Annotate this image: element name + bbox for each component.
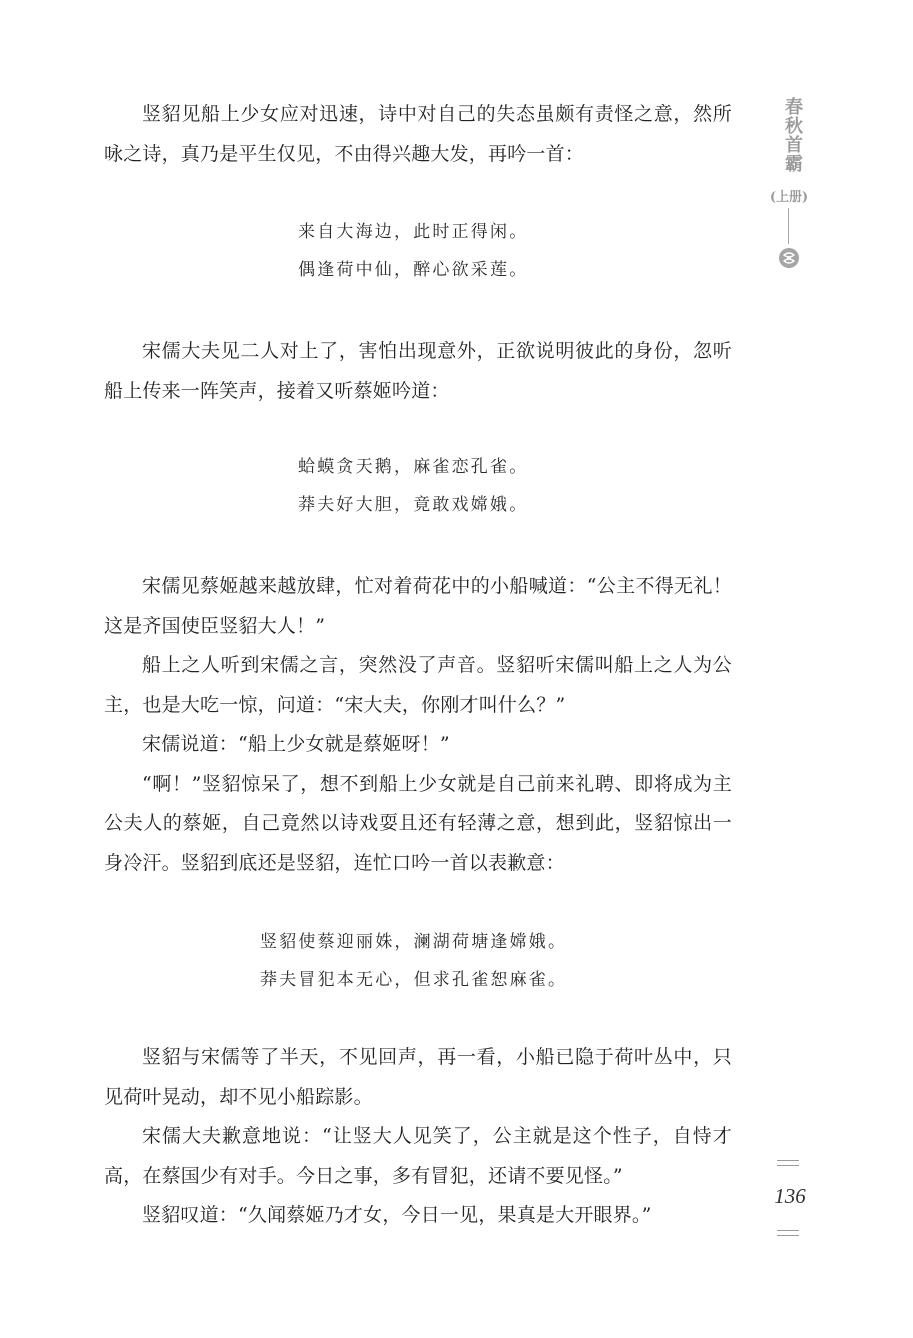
paragraph: 竖貂叹道：“久闻蔡姬乃才女，今日一见，果真是大开眼界。” bbox=[104, 1196, 732, 1236]
running-head-title: 春 秋 首 霸 bbox=[778, 98, 810, 174]
volume-label: (上册) bbox=[764, 186, 814, 205]
paragraph-block: 宋儒大夫见二人对上了，害怕出现意外，正欲说明彼此的身份，忽听船上传来一阵笑声，接… bbox=[104, 332, 732, 411]
paragraph: 船上之人听到宋儒之言，突然没了声音。竖貂听宋儒叫船上之人为公主，也是大吃一惊，问… bbox=[104, 646, 732, 725]
poem-stanza: 来自大海边，此时正得闲。 偶逢荷中仙，醉心欲采莲。 bbox=[298, 213, 528, 289]
paragraph: 宋儒见蔡姬越来越放肆，忙对着荷花中的小船喊道：“公主不得无礼！这是齐国使臣竖貂大… bbox=[104, 567, 732, 646]
poem-line: 蛤蟆贪天鹅，麻雀恋孔雀。 bbox=[298, 448, 528, 486]
page-number-rule-top bbox=[777, 1160, 799, 1166]
poem-line: 竖貂使蔡迎丽姝，澜湖荷塘逢嫦娥。 bbox=[260, 923, 567, 961]
paragraph: 竖貂见船上少女应对迅速，诗中对自己的失态虽颇有责怪之意，然所咏之诗，真乃是平生仅… bbox=[104, 95, 732, 174]
book-page: 春 秋 首 霸 (上册) 竖貂见船上少女应对迅速，诗中对自己的失态虽颇有责怪之意… bbox=[0, 0, 913, 1338]
title-char: 霸 bbox=[778, 155, 810, 174]
vertical-divider bbox=[788, 208, 789, 244]
paragraph: “啊！”竖貂惊呆了，想不到船上少女就是自己前来礼聘、即将成为主公夫人的蔡姬，自己… bbox=[104, 765, 732, 884]
poem-stanza: 蛤蟆贪天鹅，麻雀恋孔雀。 莽夫好大胆，竟敢戏嫦娥。 bbox=[298, 448, 528, 524]
paragraph-block: 竖貂与宋儒等了半天，不见回声，再一看，小船已隐于荷叶丛中，只见荷叶晃动，却不见小… bbox=[104, 1038, 732, 1236]
paragraph: 竖貂与宋儒等了半天，不见回声，再一看，小船已隐于荷叶丛中，只见荷叶晃动，却不见小… bbox=[104, 1038, 732, 1117]
paragraph-block: 宋儒见蔡姬越来越放肆，忙对着荷花中的小船喊道：“公主不得无礼！这是齐国使臣竖貂大… bbox=[104, 567, 732, 883]
page-number-rule-bottom bbox=[777, 1230, 799, 1236]
poem-line: 莽夫冒犯本无心，但求孔雀恕麻雀。 bbox=[260, 961, 567, 999]
title-char: 首 bbox=[778, 136, 810, 155]
poem-line: 来自大海边，此时正得闲。 bbox=[298, 213, 528, 251]
poem-line: 莽夫好大胆，竟敢戏嫦娥。 bbox=[298, 486, 528, 524]
title-char: 春 bbox=[778, 98, 810, 117]
paragraph-block: 竖貂见船上少女应对迅速，诗中对自己的失态虽颇有责怪之意，然所咏之诗，真乃是平生仅… bbox=[104, 95, 732, 174]
paragraph: 宋儒大夫歉意地说：“让竖大人见笑了，公主就是这个性子，自恃才高，在蔡国少有对手。… bbox=[104, 1117, 732, 1196]
poem-line: 偶逢荷中仙，醉心欲采莲。 bbox=[298, 251, 528, 289]
paragraph: 宋儒说道：“船上少女就是蔡姬呀！” bbox=[104, 725, 732, 765]
page-number: 136 bbox=[770, 1184, 810, 1209]
round-knot-ornament-icon bbox=[778, 247, 800, 269]
paragraph: 宋儒大夫见二人对上了，害怕出现意外，正欲说明彼此的身份，忽听船上传来一阵笑声，接… bbox=[104, 332, 732, 411]
poem-stanza: 竖貂使蔡迎丽姝，澜湖荷塘逢嫦娥。 莽夫冒犯本无心，但求孔雀恕麻雀。 bbox=[260, 923, 567, 999]
title-char: 秋 bbox=[778, 117, 810, 136]
